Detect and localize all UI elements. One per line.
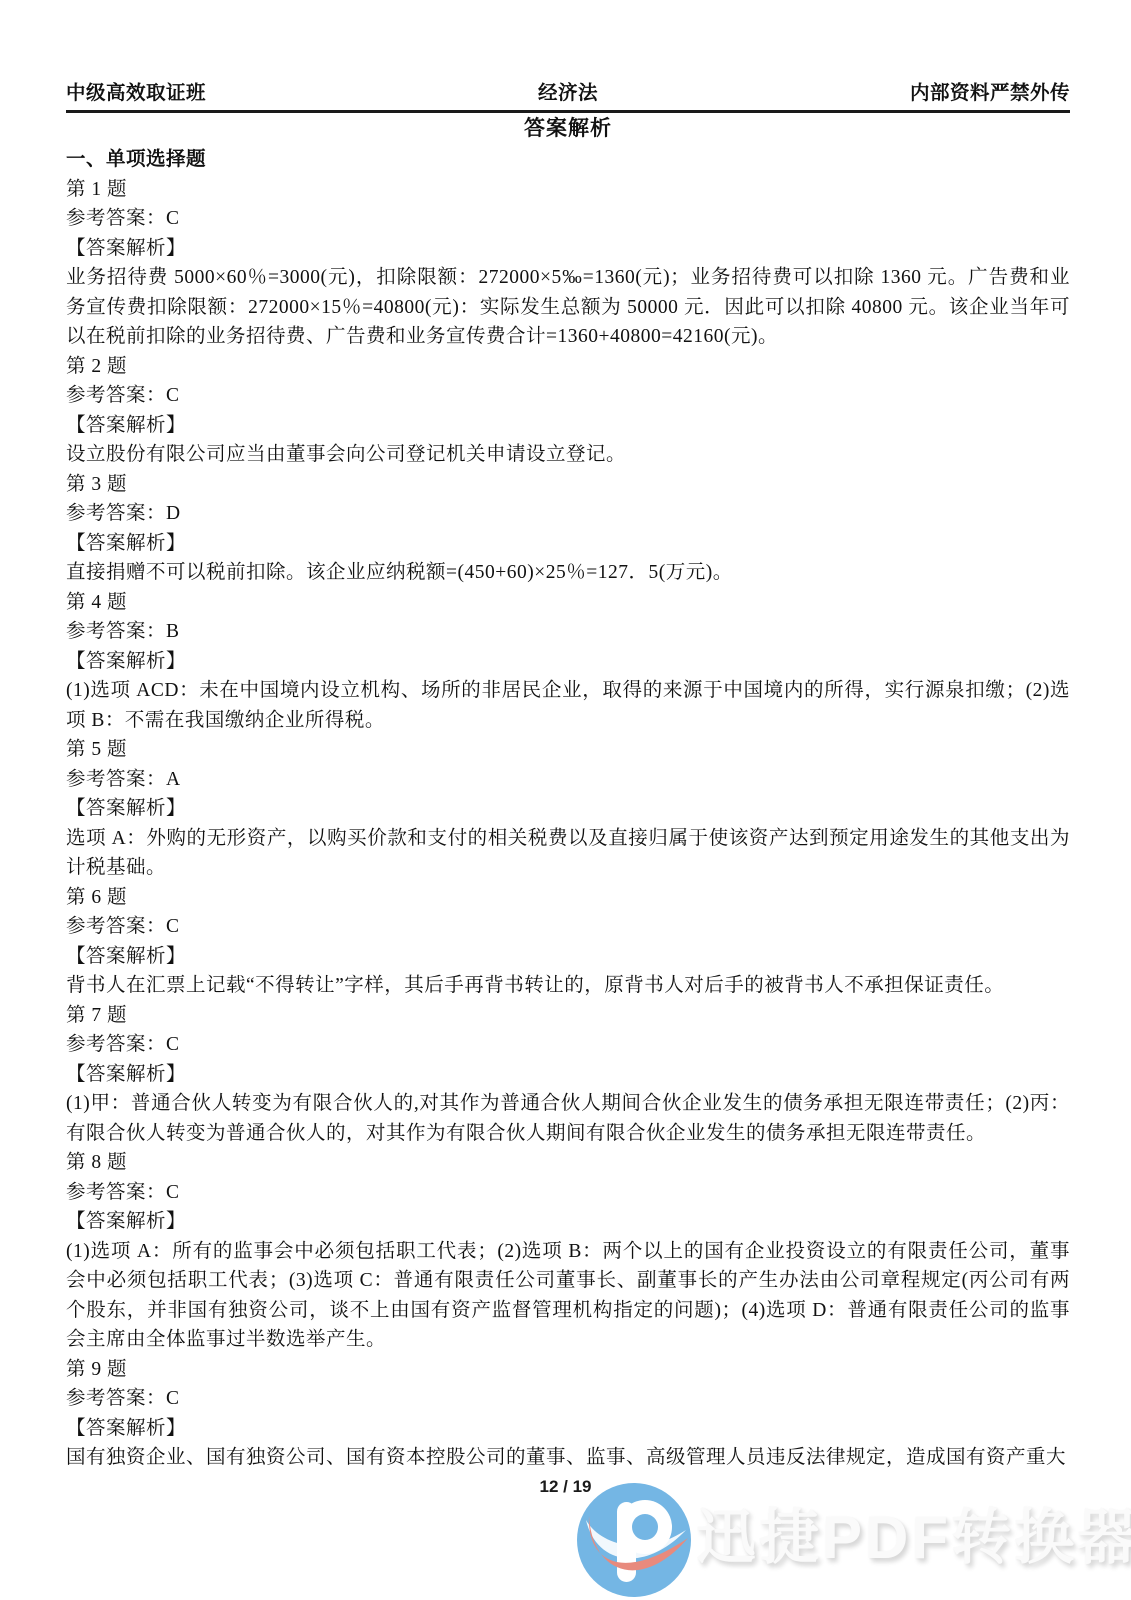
analysis-text: (1)选项 A：所有的监事会中必须包括职工代表；(2)选项 B：两个以上的国有企… <box>66 1237 1070 1355</box>
question-number: 第 8 题 <box>66 1148 1070 1178</box>
reference-answer: 参考答案：C <box>66 1030 1070 1060</box>
analysis-text: 背书人在汇票上记载“不得转让”字样，其后手再背书转让的，原背书人对后手的被背书人… <box>66 971 1070 1001</box>
question-block: 第 2 题 参考答案：C 【答案解析】 设立股份有限公司应当由董事会向公司登记机… <box>66 352 1070 470</box>
section-title: 一、单项选择题 <box>66 145 1070 175</box>
analysis-label: 【答案解析】 <box>66 529 1070 559</box>
header-course-title: 中级高效取证班 <box>66 82 401 104</box>
question-block: 第 3 题 参考答案：D 【答案解析】 直接捐赠不可以税前扣除。该企业应纳税额=… <box>66 470 1070 588</box>
analysis-label: 【答案解析】 <box>66 794 1070 824</box>
reference-answer: 参考答案：C <box>66 912 1070 942</box>
watermark-text: 迅捷PDF转换器 <box>696 1490 1131 1576</box>
reference-answer: 参考答案：C <box>66 204 1070 234</box>
analysis-label: 【答案解析】 <box>66 1207 1070 1237</box>
page-number: 12 / 19 <box>540 1477 592 1496</box>
question-block: 第 6 题 参考答案：C 【答案解析】 背书人在汇票上记载“不得转让”字样，其后… <box>66 883 1070 1001</box>
analysis-label: 【答案解析】 <box>66 1414 1070 1444</box>
analysis-text: (1)选项 ACD：未在中国境内设立机构、场所的非居民企业，取得的来源于中国境内… <box>66 676 1070 735</box>
question-block: 第 5 题 参考答案：A 【答案解析】 选项 A：外购的无形资产，以购买价款和支… <box>66 735 1070 883</box>
question-block: 第 9 题 参考答案：C 【答案解析】 国有独资企业、国有独资公司、国有资本控股… <box>66 1355 1070 1473</box>
question-number: 第 3 题 <box>66 470 1070 500</box>
question-block: 第 8 题 参考答案：C 【答案解析】 (1)选项 A：所有的监事会中必须包括职… <box>66 1148 1070 1355</box>
document-page: 中级高效取证班 经济法 内部资料严禁外传 答案解析 一、单项选择题 第 1 题 … <box>0 0 1131 1600</box>
question-number: 第 6 题 <box>66 883 1070 913</box>
question-number: 第 4 题 <box>66 588 1070 618</box>
question-block: 第 7 题 参考答案：C 【答案解析】 (1)甲：普通合伙人转变为有限合伙人的,… <box>66 1001 1070 1149</box>
page-footer: 12 / 19 <box>0 1476 1131 1498</box>
pdf-converter-logo-icon <box>574 1480 694 1600</box>
question-number: 第 2 题 <box>66 352 1070 382</box>
questions-list: 第 1 题 参考答案：C 【答案解析】 业务招待费 5000×60％=3000(… <box>66 175 1070 1473</box>
analysis-label: 【答案解析】 <box>66 1060 1070 1090</box>
analysis-label: 【答案解析】 <box>66 411 1070 441</box>
reference-answer: 参考答案：C <box>66 381 1070 411</box>
page-header: 中级高效取证班 经济法 内部资料严禁外传 <box>66 0 1070 113</box>
analysis-label: 【答案解析】 <box>66 942 1070 972</box>
analysis-text: 直接捐赠不可以税前扣除。该企业应纳税额=(450+60)×25％=127．5(万… <box>66 558 1070 588</box>
reference-answer: 参考答案：A <box>66 765 1070 795</box>
reference-answer: 参考答案：C <box>66 1384 1070 1414</box>
analysis-text: 设立股份有限公司应当由董事会向公司登记机关申请设立登记。 <box>66 440 1070 470</box>
doc-title: 答案解析 <box>66 113 1070 145</box>
question-number: 第 1 题 <box>66 175 1070 205</box>
question-number: 第 9 题 <box>66 1355 1070 1385</box>
analysis-label: 【答案解析】 <box>66 234 1070 264</box>
question-block: 第 4 题 参考答案：B 【答案解析】 (1)选项 ACD：未在中国境内设立机构… <box>66 588 1070 736</box>
reference-answer: 参考答案：D <box>66 499 1070 529</box>
question-block: 第 1 题 参考答案：C 【答案解析】 业务招待费 5000×60％=3000(… <box>66 175 1070 352</box>
reference-answer: 参考答案：B <box>66 617 1070 647</box>
analysis-label: 【答案解析】 <box>66 647 1070 677</box>
analysis-text: (1)甲：普通合伙人转变为有限合伙人的,对其作为普通合伙人期间合伙企业发生的债务… <box>66 1089 1070 1148</box>
question-number: 第 7 题 <box>66 1001 1070 1031</box>
watermark: 迅捷PDF转换器 <box>574 1480 1131 1600</box>
analysis-text: 国有独资企业、国有独资公司、国有资本控股公司的董事、监事、高级管理人员违反法律规… <box>66 1443 1070 1473</box>
analysis-text: 业务招待费 5000×60％=3000(元)，扣除限额：272000×5‰=13… <box>66 263 1070 352</box>
question-number: 第 5 题 <box>66 735 1070 765</box>
header-confidential-notice: 内部资料严禁外传 <box>735 82 1070 104</box>
reference-answer: 参考答案：C <box>66 1178 1070 1208</box>
analysis-text: 选项 A：外购的无形资产，以购买价款和支付的相关税费以及直接归属于使该资产达到预… <box>66 824 1070 883</box>
header-subject: 经济法 <box>401 82 736 104</box>
